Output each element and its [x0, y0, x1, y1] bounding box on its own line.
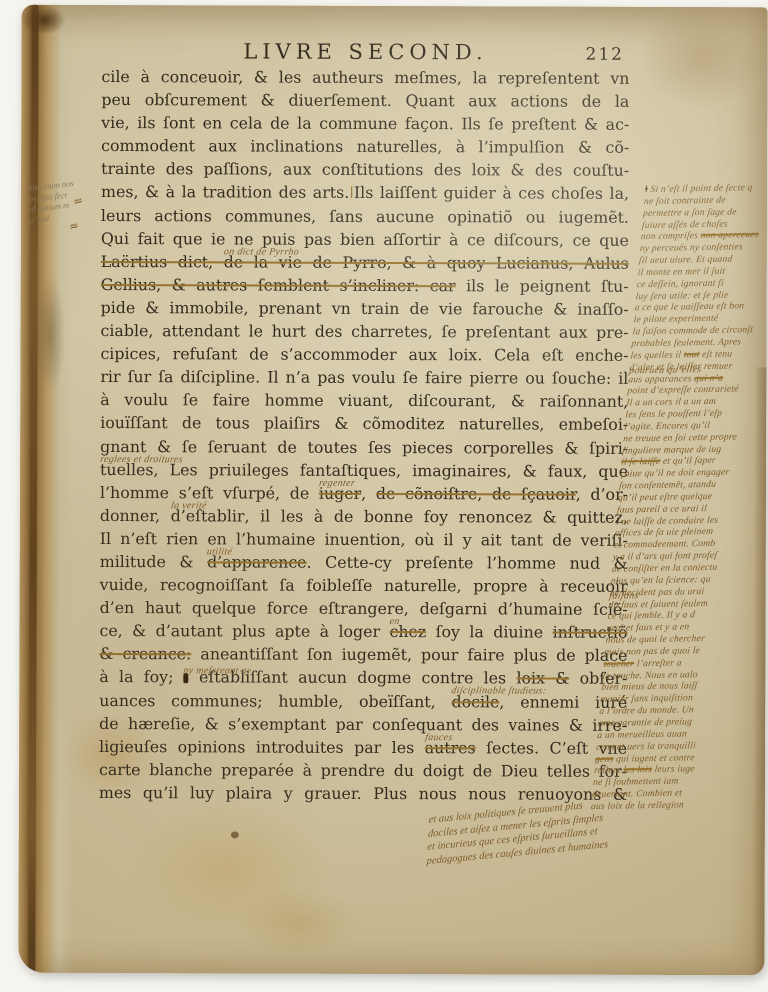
- interlinear-addition: pourueu qu’elles: [628, 365, 703, 376]
- printed-line: & creance: aneantiſſant ſon iugemẽt, pou…: [99, 642, 627, 667]
- printed-line: de hæreſie, & s’exemptant par conſequant…: [99, 712, 627, 737]
- interlinear-addition: regenter: [318, 478, 355, 488]
- printed-line: à la foy; ny meſcreant ny eſtabliſſant a…: [99, 665, 627, 690]
- printed-line: rir ſur ſa diſcipline. Il n’a pas voulu …: [100, 365, 628, 390]
- printed-line: Gellius, & autres ſemblent s’incliner: c…: [101, 273, 629, 298]
- margin-note-line: ǂ Si n’eſt il point de ſecte q: [644, 181, 767, 196]
- interlinear-addition: en: [389, 617, 400, 627]
- margin-note-line: la ſaiſon commode de circonſt: [632, 323, 768, 338]
- printed-line: militude & d’apparenceutilité. Cette-cy …: [100, 550, 628, 575]
- printed-line: commodent aux inclinations naturelles, à…: [101, 134, 629, 159]
- margin-note-line: non compriſes non aperceues: [640, 229, 767, 244]
- printed-line: donner, d’eſtablirla verité, il les à de…: [100, 504, 628, 529]
- printed-line: iouïſſant de tous plaiſirs & cõmoditez n…: [100, 411, 628, 436]
- ink-blot-mark: ny meſcreant ny: [184, 674, 189, 684]
- printed-line: trainte des paſſions, aux conſtitutions …: [101, 157, 629, 182]
- printed-text-block: cile à conceuoir, & les autheurs meſmes,…: [99, 65, 630, 806]
- interlinear-addition: fauces: [424, 733, 453, 743]
- interlinear-addition: on dict de Pyrrho: [223, 247, 300, 257]
- page-title: LIVRE SECOND.: [101, 39, 629, 65]
- paper-stain: [208, 873, 388, 974]
- printed-line: Qui fait que ie ne puis pas bien aſſorti…: [101, 227, 629, 252]
- printed-line: pide & immobile, prenant vn train de vie…: [101, 296, 629, 321]
- interlinear-addition: diſciplinable ſtudieus:: [451, 687, 547, 697]
- printed-line: ligieuſes opinions introduites par les a…: [99, 735, 627, 760]
- running-head: LIVRE SECOND. 212: [101, 39, 629, 65]
- printed-line: vie, ils ſont en cela de la commune faço…: [101, 111, 629, 136]
- printed-line: Il n’eſt rien en l’humaine inuention, où…: [100, 527, 628, 552]
- printed-line: carte blanche preparée à prendre du doig…: [99, 758, 627, 783]
- scanned-book-photo: LIVRE SECOND. 212 cile à conceuoir, & le…: [0, 0, 768, 992]
- printed-line: Laërtius dict, de la vie de Pyrroon dict…: [101, 250, 629, 275]
- interlinear-addition: utilité: [206, 547, 233, 557]
- printed-line: mes, & à la tradition des arts.ǀIls laiſ…: [101, 180, 629, 205]
- page-number: 212: [585, 45, 624, 65]
- interlinear-addition: la verité: [170, 501, 207, 511]
- printed-line: cipices, refuſant de s’accommoder aux lo…: [100, 342, 628, 367]
- ink-spot: [231, 831, 239, 838]
- interlinear-addition: faiſans: [608, 592, 640, 603]
- interlinear-addition: reglees et droitures: [99, 455, 183, 465]
- printed-line: ce, & d’autant plus apte à loger chezen …: [99, 619, 627, 644]
- interlinear-addition: ny meſcreant ny: [183, 666, 252, 676]
- printed-line: peu obſcurement & diuerſement. Quant aux…: [101, 88, 629, 113]
- printed-line: leurs actions communes, ſans aucune opin…: [101, 204, 629, 229]
- binding-spine: [18, 5, 75, 973]
- printed-line: à voulu ſe faire homme viuant, diſcouran…: [100, 388, 628, 413]
- printed-line: uances communes; humble, obeïſſant, doci…: [99, 689, 627, 714]
- printed-line: vuide, recognoiſſant ſa foibleſſe nature…: [100, 573, 628, 598]
- printed-line: d’en haut quelque force eſtrangere, deſg…: [100, 596, 628, 621]
- book-page: LIVRE SECOND. 212 cile à conceuoir, & le…: [18, 5, 767, 976]
- paper-stain: [617, 5, 767, 128]
- printed-line: tuelles,reglees et droitures Les priuile…: [100, 458, 628, 483]
- printed-line: ciable, attendant le hurt des charretes,…: [101, 319, 629, 344]
- printed-line: cile à conceuoir, & les autheurs meſmes,…: [101, 65, 629, 90]
